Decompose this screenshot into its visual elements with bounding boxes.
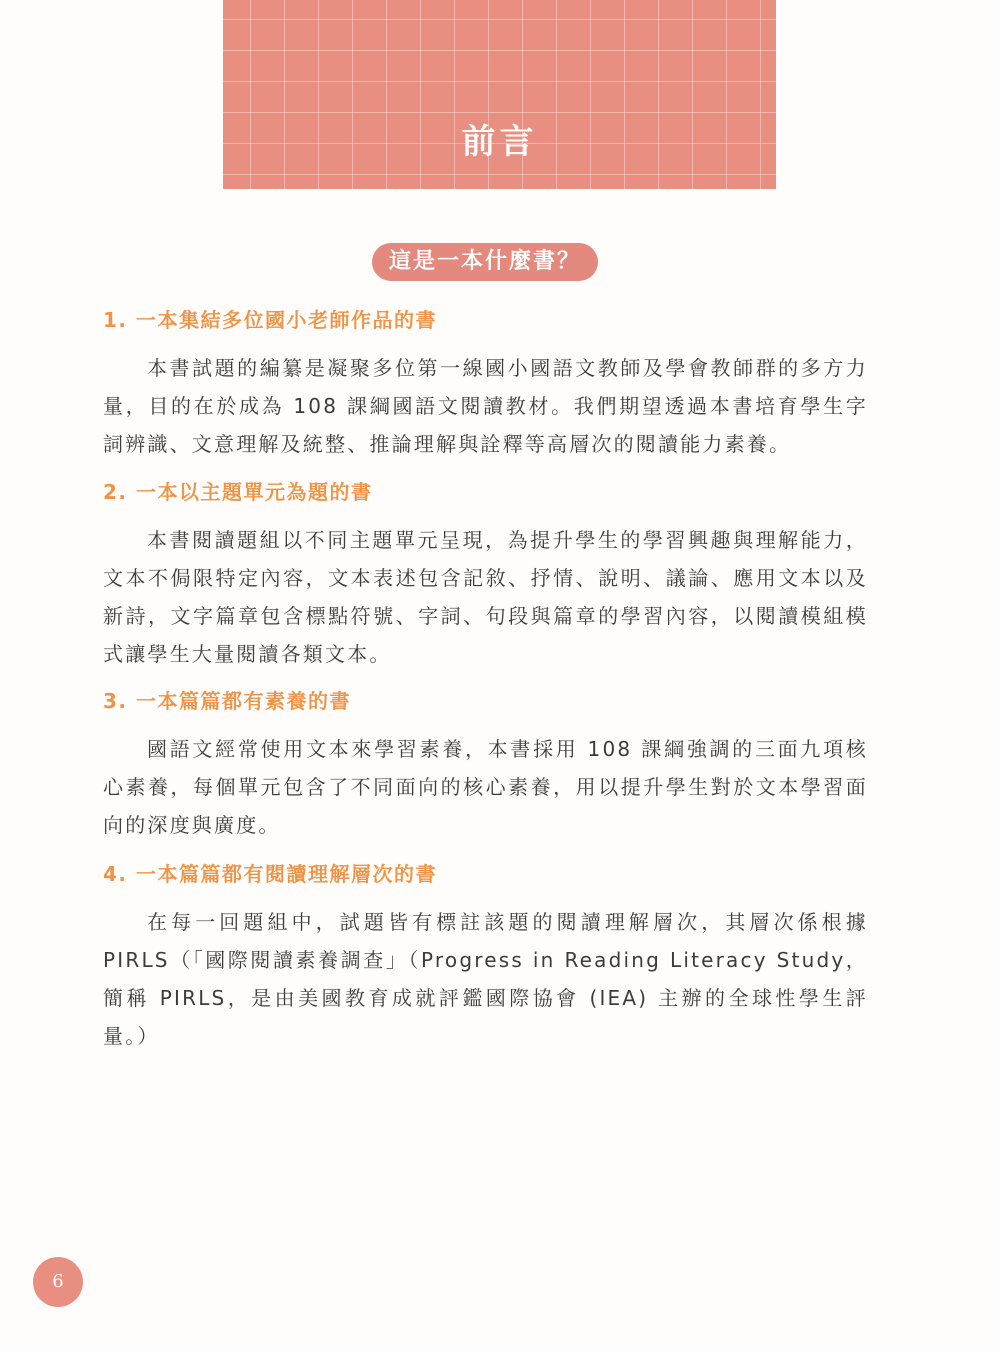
section-body: 本書閱讀題組以不同主題單元呈現，為提升學生的學習興趣與理解能力，文本不侷限特定內… xyxy=(103,521,868,673)
section-2: 2. 一本以主題單元為題的書 本書閱讀題組以不同主題單元呈現，為提升學生的學習興… xyxy=(103,477,868,673)
section-3: 3. 一本篇篇都有素養的書 國語文經常使用文本來學習素養，本書採用 108 課綱… xyxy=(103,686,868,844)
section-title: 4. 一本篇篇都有閱讀理解層次的書 xyxy=(103,859,868,889)
section-body: 在每一回題組中，試題皆有標註該題的閱讀理解層次，其層次係根據 PIRLS（「國際… xyxy=(103,903,868,1055)
page-number-badge: 6 xyxy=(33,1257,83,1307)
subtitle-pill: 這是一本什麼書？ xyxy=(372,243,598,281)
section-body: 國語文經常使用文本來學習素養，本書採用 108 課綱強調的三面九項核心素養，每個… xyxy=(103,730,868,844)
section-4: 4. 一本篇篇都有閱讀理解層次的書 在每一回題組中，試題皆有標註該題的閱讀理解層… xyxy=(103,859,868,1055)
section-title: 3. 一本篇篇都有素養的書 xyxy=(103,686,868,716)
chapter-title: 前言 xyxy=(223,114,776,163)
chapter-header-box: 前言 xyxy=(223,0,776,189)
section-title: 1. 一本集結多位國小老師作品的書 xyxy=(103,305,868,335)
section-1: 1. 一本集結多位國小老師作品的書 本書試題的編纂是凝聚多位第一線國小國語文教師… xyxy=(103,305,868,463)
section-title: 2. 一本以主題單元為題的書 xyxy=(103,477,868,507)
section-body: 本書試題的編纂是凝聚多位第一線國小國語文教師及學會教師群的多方力量，目的在於成為… xyxy=(103,349,868,463)
